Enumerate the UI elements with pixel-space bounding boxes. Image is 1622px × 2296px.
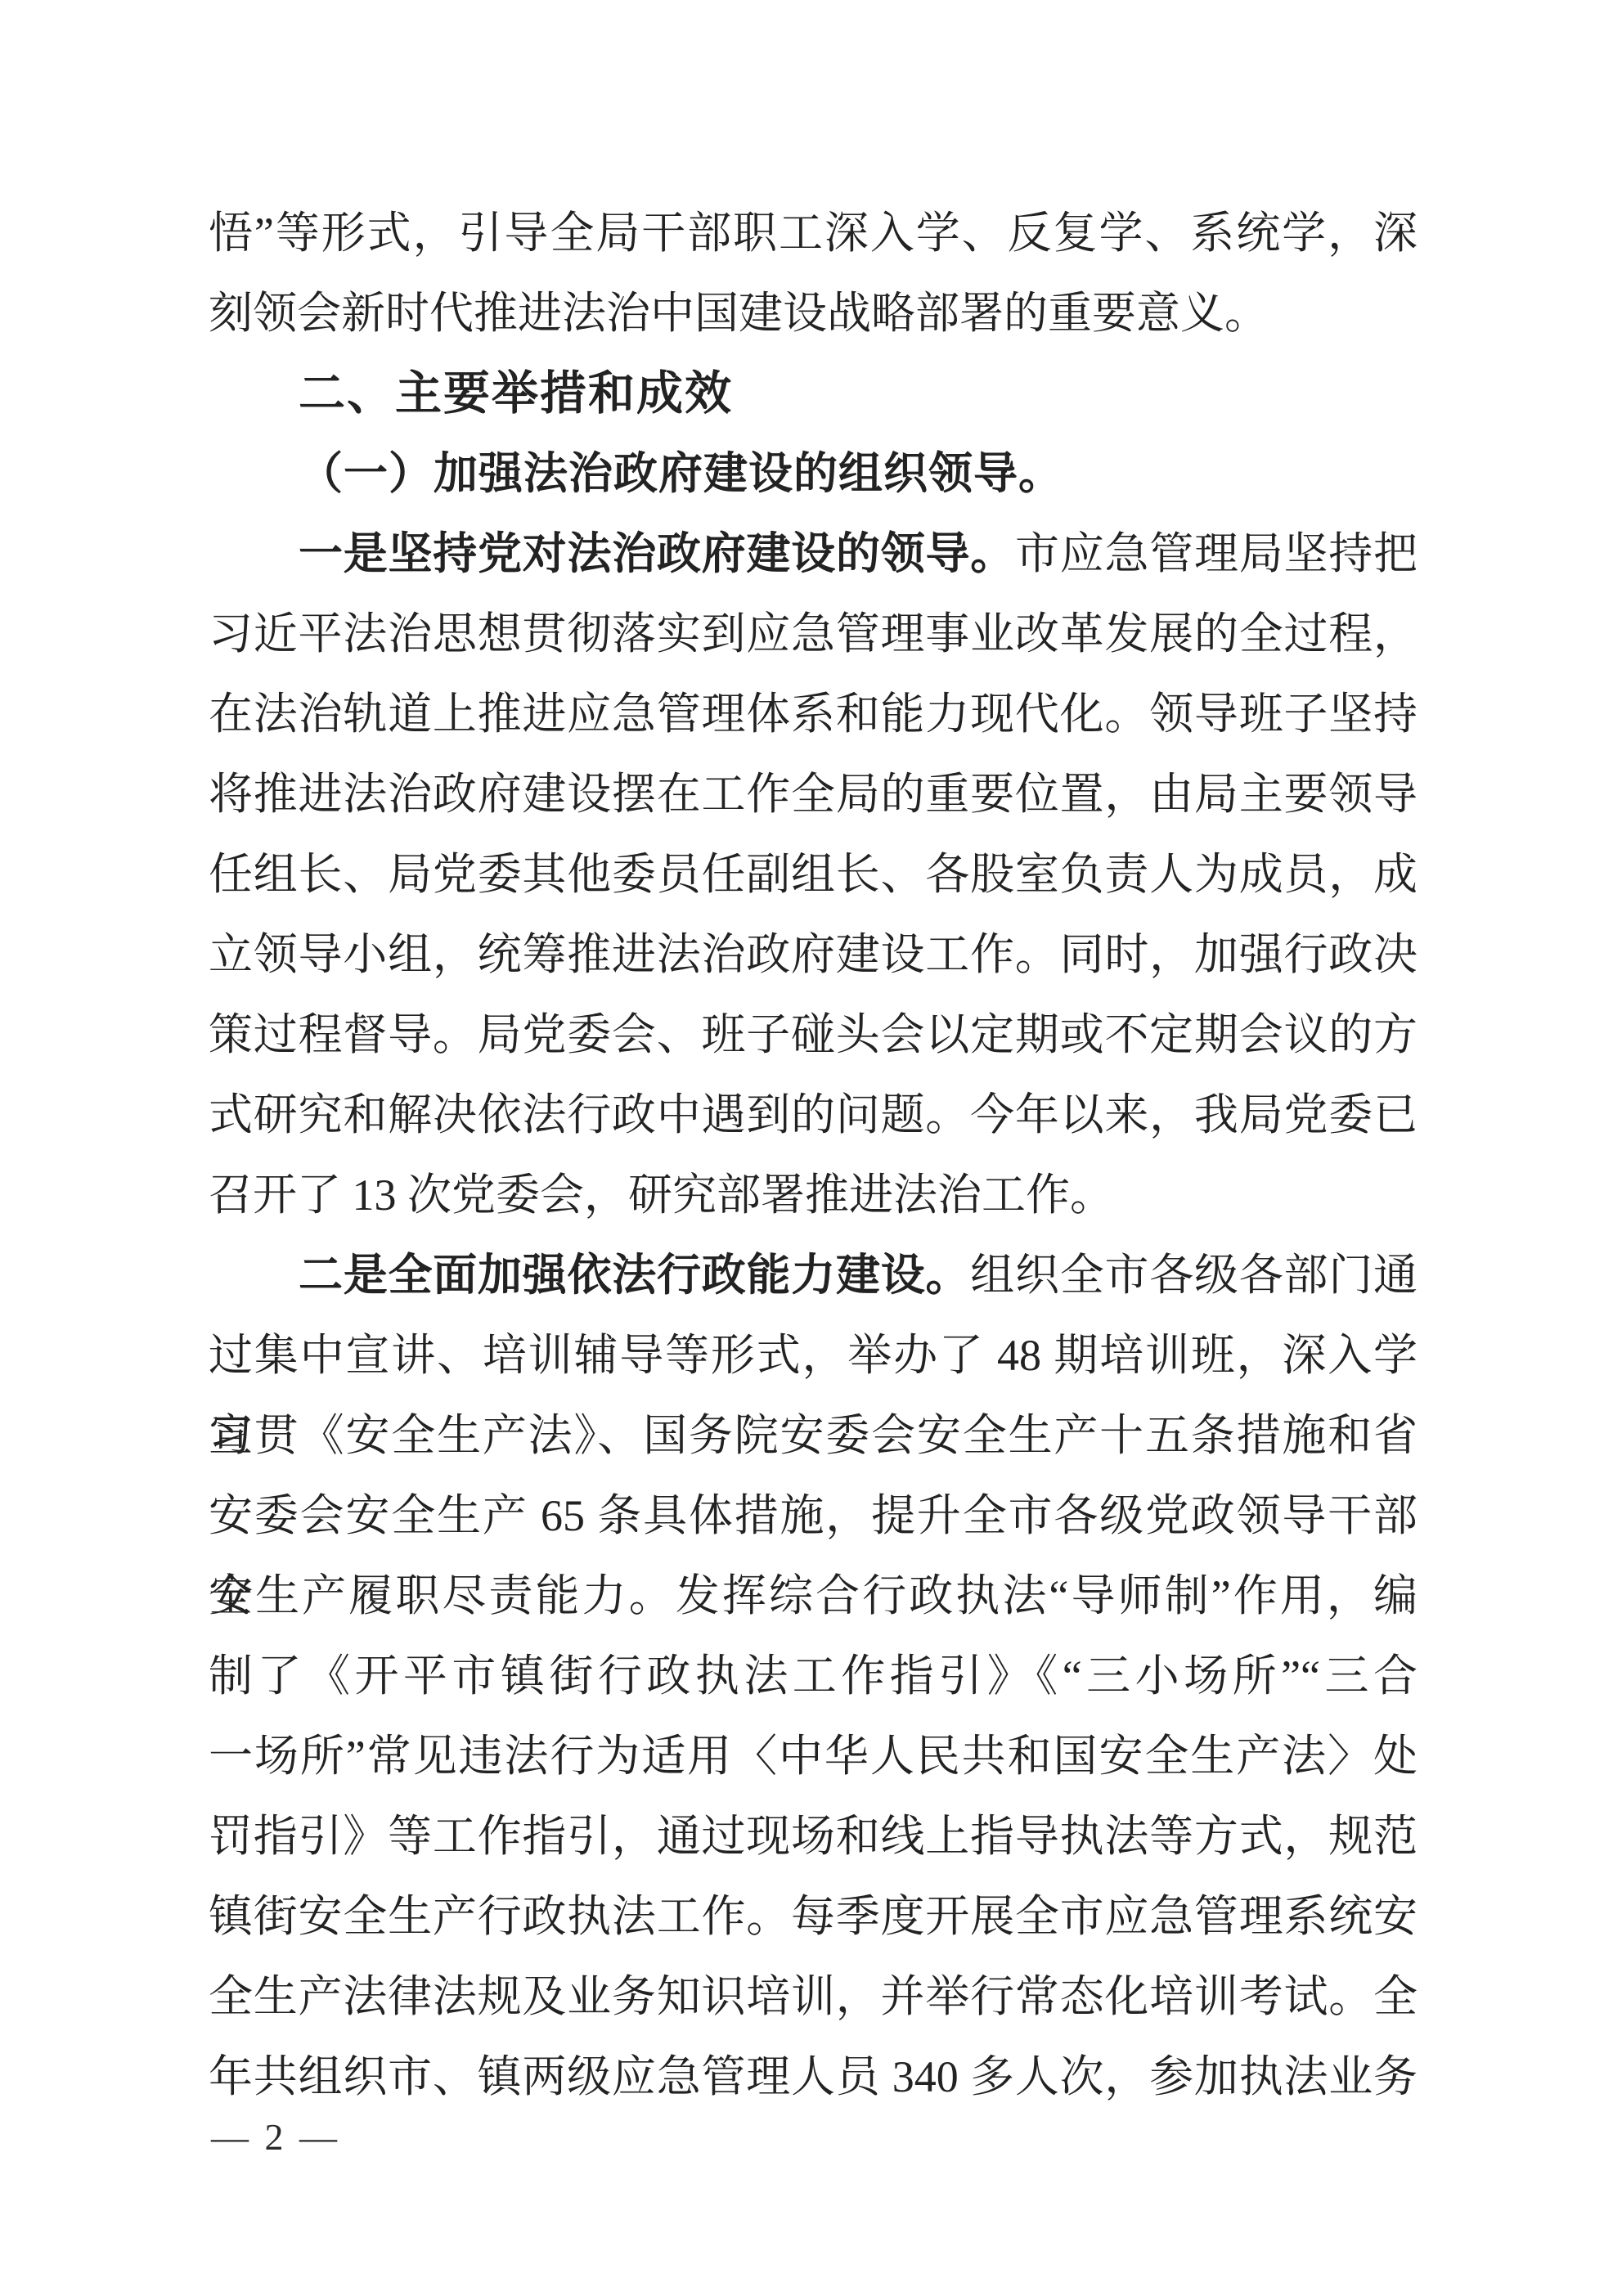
body-text: 年共组织市、镇两级应急管理人员 340 多人次，参加执法业务 [209, 2052, 1418, 2101]
document-page: 悟”等形式，引导全局干部职工深入学、反复学、系统学，深刻领会新时代推进法治中国建… [0, 0, 1622, 2296]
text-line-4: （一）加强法治政府建设的组织领导。 [209, 434, 1418, 514]
text-line-12: 式研究和解决依法行政中遇到的问题。今年以来，我局党委已 [209, 1075, 1418, 1155]
text-line-6: 习近平法治思想贯彻落实到应急管理事业改革发展的全过程， [209, 594, 1418, 674]
text-line-13: 召开了 13 次党委会，研究部署推进法治工作。 [209, 1155, 1418, 1235]
body-text: 习近平法治思想贯彻落实到应急管理事业改革发展的全过程， [209, 609, 1418, 658]
text-line-2: 刻领会新时代推进法治中国建设战略部署的重要意义。 [209, 273, 1418, 353]
text-line-8: 将推进法治政府建设摆在工作全局的重要位置，由局主要领导 [209, 754, 1418, 834]
body-text: 制了《开平市镇街行政执法工作指引》《“三小场所”“三合 [209, 1651, 1418, 1701]
text-line-23: 全生产法律法规及业务知识培训，并举行常态化培训考试。全 [209, 1957, 1418, 2037]
bold-lead-text: 二是全面加强依法行政能力建设。 [299, 1251, 970, 1300]
body-text: 全生产履职尽责能力。发挥综合行政执法“导师制”作用，编 [209, 1571, 1418, 1620]
body-text: 一场所”常见违法行为适用〈中华人民共和国安全生产法〉处 [209, 1732, 1418, 1781]
body-text: 罚指引》等工作指引，通过现场和线上指导执法等方式，规范 [209, 1812, 1418, 1861]
body-text: 宣贯《安全生产法》、国务院安委会安全生产十五条措施和省 [209, 1411, 1418, 1460]
body-text: 全生产法律法规及业务知识培训，并举行常态化培训考试。全 [209, 1972, 1418, 2021]
text-line-24: 年共组织市、镇两级应急管理人员 340 多人次，参加执法业务 [209, 2037, 1418, 2117]
body-text: 悟”等形式，引导全局干部职工深入学、反复学、系统学，深 [209, 209, 1418, 258]
body-text: 策过程督导。局党委会、班子碰头会以定期或不定期会议的方 [209, 1010, 1418, 1059]
body-text: 组织全市各级各部门通 [970, 1251, 1418, 1300]
text-line-22: 镇街安全生产行政执法工作。每季度开展全市应急管理系统安 [209, 1876, 1418, 1957]
text-line-7: 在法治轨道上推进应急管理体系和能力现代化。领导班子坚持 [209, 674, 1418, 754]
document-body: 悟”等形式，引导全局干部职工深入学、反复学、系统学，深刻领会新时代推进法治中国建… [209, 193, 1418, 2117]
body-text: 刻领会新时代推进法治中国建设战略部署的重要意义。 [209, 289, 1269, 338]
text-line-15: 过集中宣讲、培训辅导等形式，举办了 48 期培训班，深入学习 [209, 1315, 1418, 1395]
body-text: 镇街安全生产行政执法工作。每季度开展全市应急管理系统安 [209, 1892, 1418, 1941]
text-line-3: 二、主要举措和成效 [209, 353, 1418, 434]
body-text: （一）加强法治政府建设的组织领导。 [299, 449, 1063, 498]
page-number: — 2 — [211, 2115, 340, 2159]
text-line-10: 立领导小组，统筹推进法治政府建设工作。同时，加强行政决 [209, 914, 1418, 995]
text-line-9: 任组长、局党委其他委员任副组长、各股室负责人为成员，成 [209, 834, 1418, 914]
body-text: 任组长、局党委其他委员任副组长、各股室负责人为成员，成 [209, 850, 1418, 899]
bold-lead-text: 一是坚持党对法治政府建设的领导。 [299, 529, 1015, 578]
text-line-17: 安委会安全生产 65 条具体措施，提升全市各级党政领导干部安 [209, 1476, 1418, 1556]
body-text: 将推进法治政府建设摆在工作全局的重要位置，由局主要领导 [209, 770, 1418, 819]
text-line-1: 悟”等形式，引导全局干部职工深入学、反复学、系统学，深 [209, 193, 1418, 273]
text-line-14: 二是全面加强依法行政能力建设。组织全市各级各部门通 [209, 1235, 1418, 1315]
body-text: 召开了 13 次党委会，研究部署推进法治工作。 [209, 1170, 1114, 1220]
text-line-18: 全生产履职尽责能力。发挥综合行政执法“导师制”作用，编 [209, 1556, 1418, 1636]
text-line-16: 宣贯《安全生产法》、国务院安委会安全生产十五条措施和省 [209, 1395, 1418, 1476]
bold-lead-text: 二、主要举措和成效 [299, 367, 733, 420]
text-line-19: 制了《开平市镇街行政执法工作指引》《“三小场所”“三合 [209, 1636, 1418, 1716]
text-line-5: 一是坚持党对法治政府建设的领导。市应急管理局坚持把 [209, 514, 1418, 594]
body-text: 在法治轨道上推进应急管理体系和能力现代化。领导班子坚持 [209, 690, 1418, 739]
body-text: 市应急管理局坚持把 [1015, 529, 1418, 578]
text-line-11: 策过程督导。局党委会、班子碰头会以定期或不定期会议的方 [209, 995, 1418, 1075]
body-text: 式研究和解决依法行政中遇到的问题。今年以来，我局党委已 [209, 1090, 1418, 1139]
text-line-20: 一场所”常见违法行为适用〈中华人民共和国安全生产法〉处 [209, 1716, 1418, 1796]
body-text: 立领导小组，统筹推进法治政府建设工作。同时，加强行政决 [209, 930, 1418, 979]
text-line-21: 罚指引》等工作指引，通过现场和线上指导执法等方式，规范 [209, 1796, 1418, 1876]
